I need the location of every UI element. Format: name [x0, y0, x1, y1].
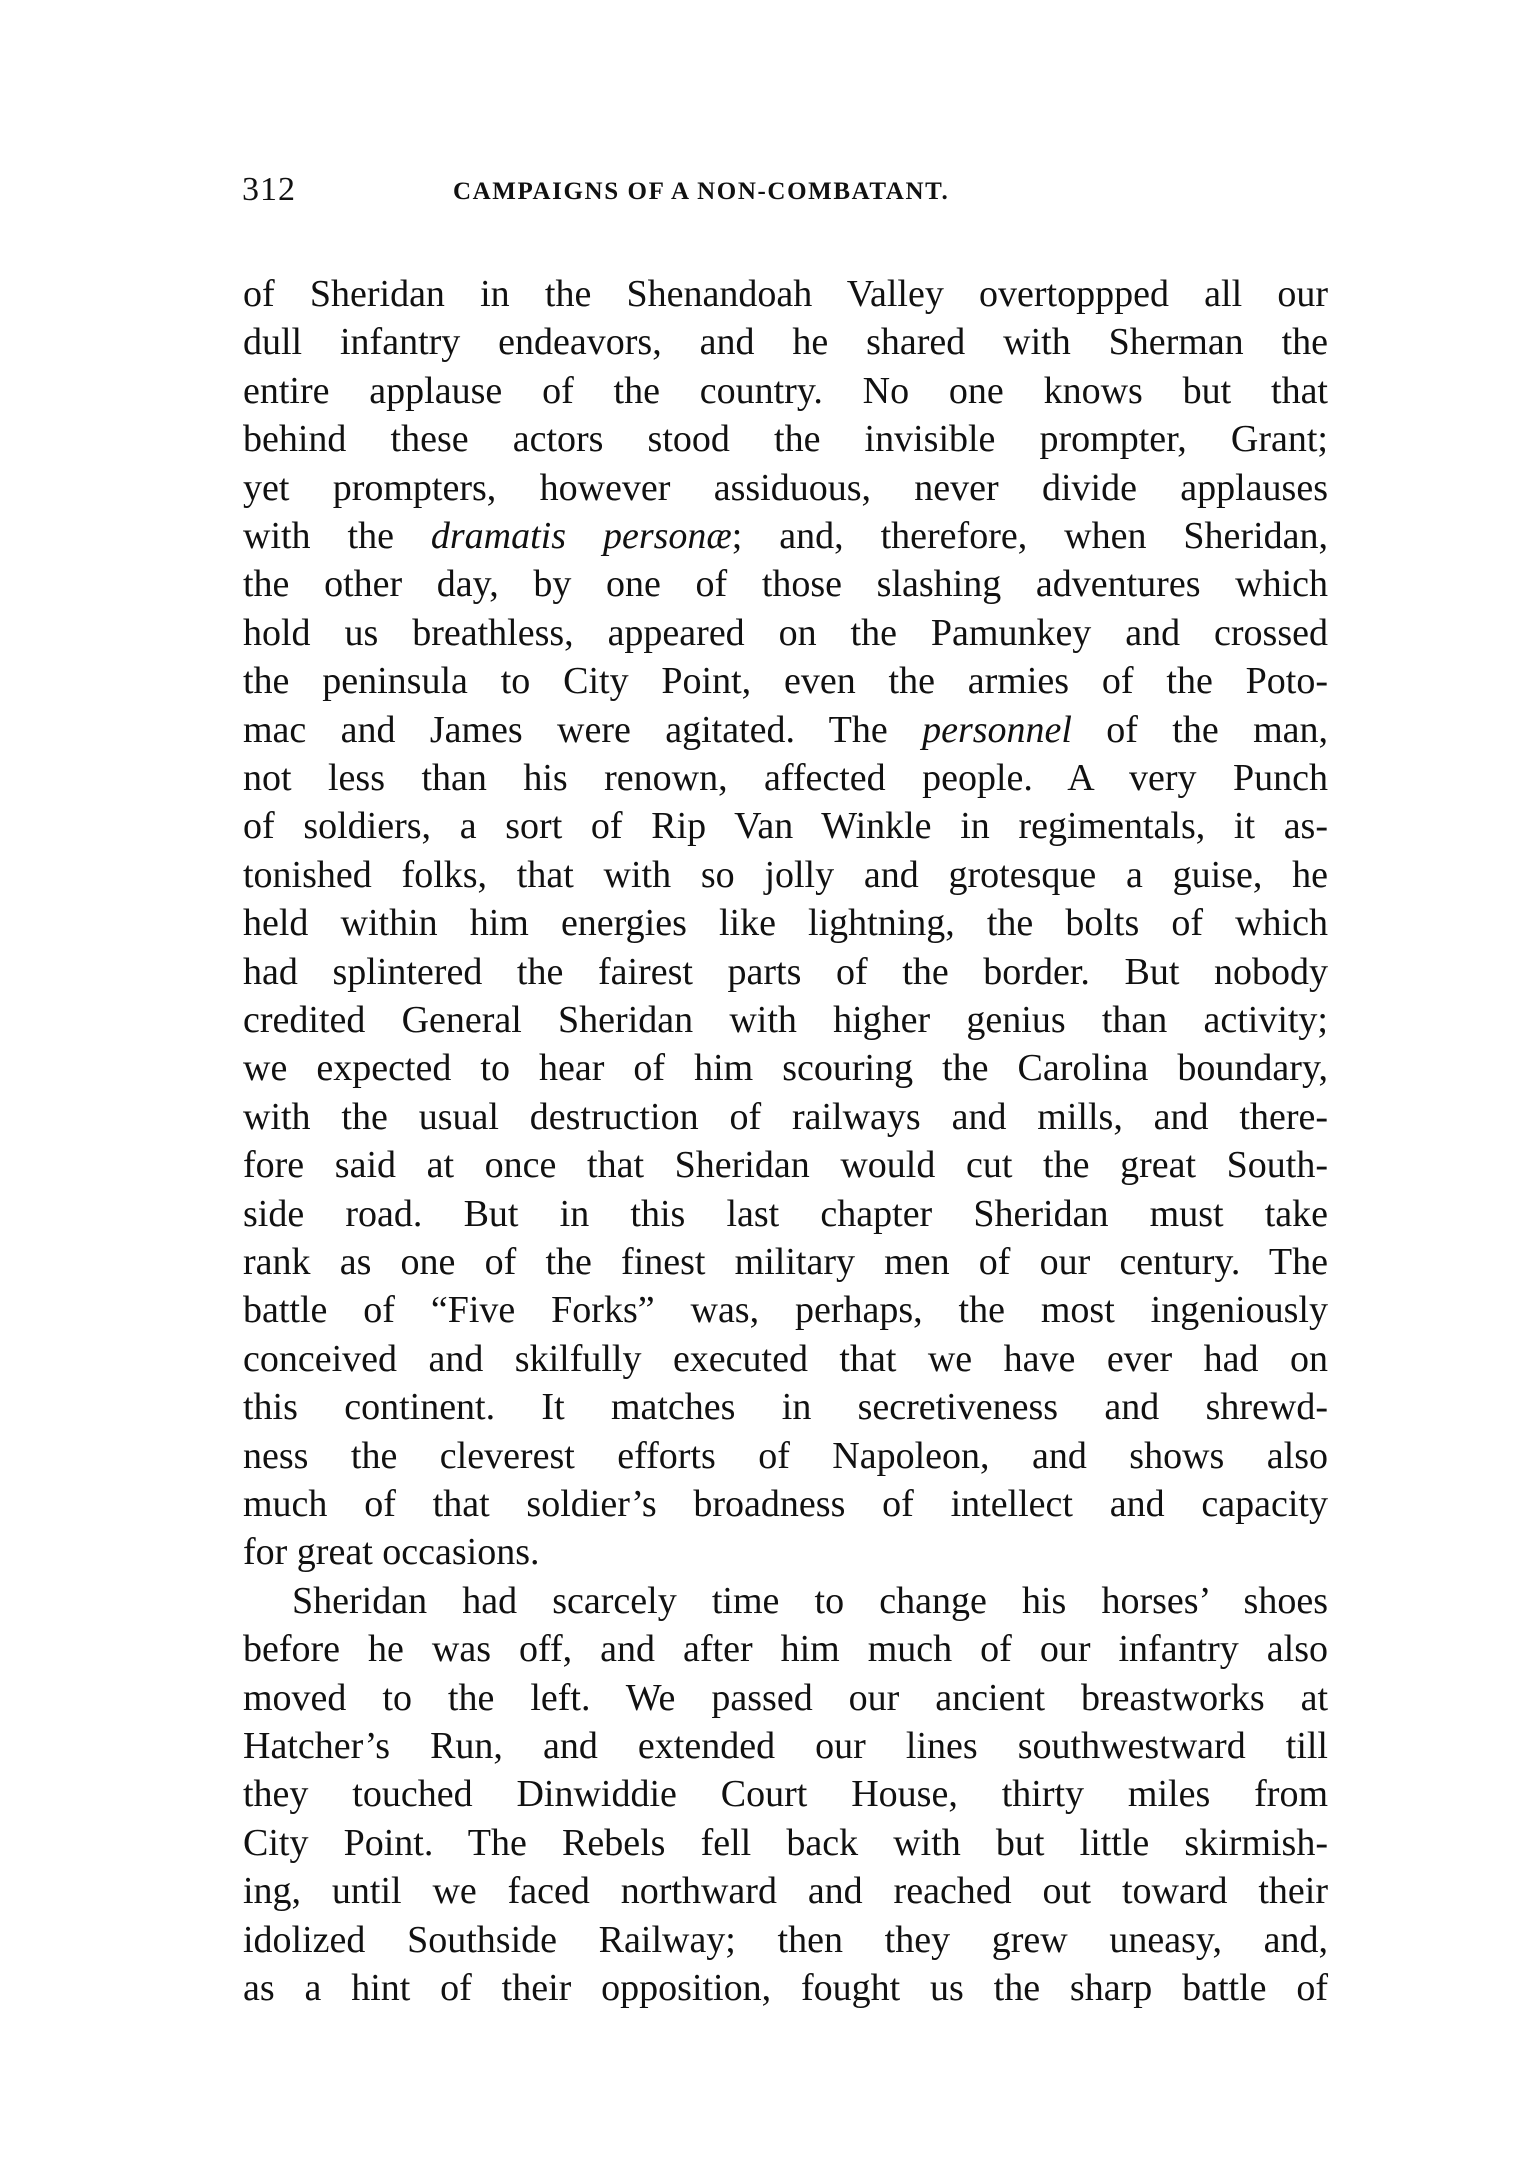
- text-line: conceived and skilfully executed that we…: [243, 1335, 1328, 1383]
- text-line: yet prompters, however assiduous, never …: [243, 464, 1328, 512]
- text-line: this continent. It matches in secretiven…: [243, 1383, 1328, 1431]
- italic-phrase: dramatis personæ: [431, 515, 732, 557]
- text-line: before he was off, and after him much of…: [243, 1625, 1328, 1673]
- text-line: ing, until we faced northward and reache…: [243, 1867, 1328, 1915]
- text-line: of Sheridan in the Shenandoah Valley ove…: [243, 270, 1328, 318]
- text-line: battle of “Five Forks” was, perhaps, the…: [243, 1286, 1328, 1334]
- text-line: hold us breathless, appeared on the Pamu…: [243, 609, 1328, 657]
- text-line: side road. But in this last chapter Sher…: [243, 1190, 1328, 1238]
- text-line: held within him energies like lightning,…: [243, 899, 1328, 947]
- text-line: credited General Sheridan with higher ge…: [243, 996, 1328, 1044]
- text-line: entire applause of the country. No one k…: [243, 367, 1328, 415]
- text-line: with the dramatis personæ; and, therefor…: [243, 512, 1328, 560]
- text-line: fore said at once that Sheridan would cu…: [243, 1141, 1328, 1189]
- text-line: rank as one of the finest military men o…: [243, 1238, 1328, 1286]
- text-line: with the usual destruction of railways a…: [243, 1093, 1328, 1141]
- text-line: as a hint of their opposition, fought us…: [243, 1964, 1328, 2012]
- text-line: we expected to hear of him scouring the …: [243, 1044, 1328, 1092]
- text-line: not less than his renown, affected peopl…: [243, 754, 1328, 802]
- text-line: the other day, by one of those slashing …: [243, 560, 1328, 608]
- text-line: dull infantry endeavors, and he shared w…: [243, 318, 1328, 366]
- italic-phrase: personnel: [922, 709, 1072, 751]
- page-number: 312: [242, 168, 296, 212]
- text-line: moved to the left. We passed our ancient…: [243, 1674, 1328, 1722]
- text-line: they touched Dinwiddie Court House, thir…: [243, 1770, 1328, 1818]
- text-line: for great occasions.: [243, 1528, 1328, 1576]
- text-line: idolized Southside Railway; then they gr…: [243, 1916, 1328, 1964]
- text-line: had splintered the fairest parts of the …: [243, 948, 1328, 996]
- book-page: 312 CAMPAIGNS OF A NON-COMBATANT. of She…: [0, 0, 1527, 2182]
- running-title: CAMPAIGNS OF A NON-COMBATANT.: [453, 172, 1117, 212]
- running-head: 312 CAMPAIGNS OF A NON-COMBATANT.: [242, 168, 1117, 212]
- text-line: mac and James were agitated. The personn…: [243, 706, 1328, 754]
- text-line: Sheridan had scarcely time to change his…: [292, 1577, 1328, 1625]
- text-line: Hatcher’s Run, and extended our lines so…: [243, 1722, 1328, 1770]
- text-line: ness the cleverest efforts of Napoleon, …: [243, 1432, 1328, 1480]
- text-line: of soldiers, a sort of Rip Van Winkle in…: [243, 802, 1328, 850]
- text-line: City Point. The Rebels fell back with bu…: [243, 1819, 1328, 1867]
- text-line: tonished folks, that with so jolly and g…: [243, 851, 1328, 899]
- text-line: behind these actors stood the invisible …: [243, 415, 1328, 463]
- text-line: the peninsula to City Point, even the ar…: [243, 657, 1328, 705]
- text-line: much of that soldier’s broadness of inte…: [243, 1480, 1328, 1528]
